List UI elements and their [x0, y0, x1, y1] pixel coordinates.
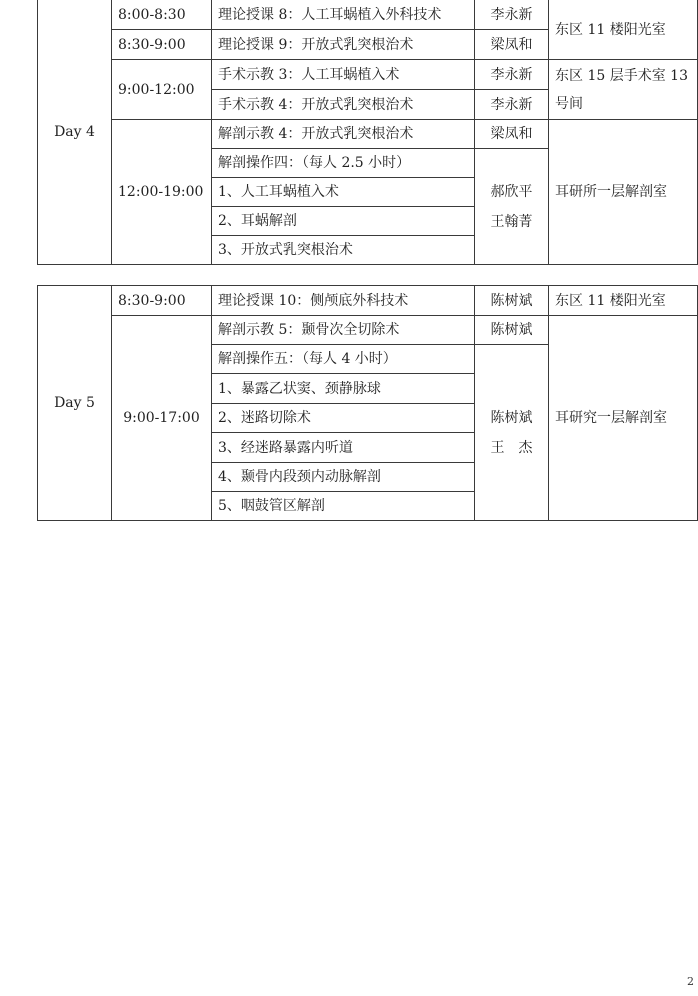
- time-slot: 8:30-9:00: [112, 286, 212, 316]
- session-content: 解剖示教 4：开放式乳突根治术: [212, 120, 475, 149]
- session-content: 2、迷路切除术: [212, 404, 475, 433]
- lecturer: 梁凤和: [475, 30, 549, 60]
- session-content: 3、经迷路暴露内听道: [212, 433, 475, 463]
- location: 耳研所一层解剖室: [549, 120, 698, 265]
- session-content: 1、人工耳蜗植入术: [212, 178, 475, 207]
- lecturer: 李永新: [475, 60, 549, 90]
- location: 东区 11 楼阳光室: [549, 0, 698, 60]
- day4-schedule-table: Day 4 8:00-8:30 理论授课 8：人工耳蜗植入外科技术 李永新 东区…: [37, 0, 698, 265]
- session-content: 解剖操作四：（每人 2.5 小时）: [212, 149, 475, 178]
- page-number: 2: [687, 975, 694, 988]
- session-content: 理论授课 8：人工耳蜗植入外科技术: [212, 0, 475, 30]
- session-content: 1、暴露乙状窦、颈静脉球: [212, 374, 475, 404]
- time-slot: 8:30-9:00: [112, 30, 212, 60]
- group-lecturers: 郝欣平 王翰菁: [475, 149, 549, 265]
- lecturer: 李永新: [475, 90, 549, 120]
- session-content: 5、咽鼓管区解剖: [212, 492, 475, 521]
- session-content: 理论授课 10：侧颅底外科技术: [212, 286, 475, 316]
- lecturer: 李永新: [475, 0, 549, 30]
- day5-schedule-table: Day 5 8:30-9:00 理论授课 10：侧颅底外科技术 陈树斌 东区 1…: [37, 285, 698, 521]
- day-label: Day 4: [38, 0, 112, 265]
- location: 耳研究一层解剖室: [549, 316, 698, 521]
- session-content: 解剖示教 5：颞骨次全切除术: [212, 316, 475, 345]
- session-content: 2、耳蜗解剖: [212, 207, 475, 236]
- lecturer: 郝欣平: [475, 177, 548, 207]
- location: 东区 11 楼阳光室: [549, 286, 698, 316]
- session-content: 手术示教 3：人工耳蜗植入术: [212, 60, 475, 90]
- session-content: 解剖操作五：（每人 4 小时）: [212, 345, 475, 374]
- session-content: 理论授课 9：开放式乳突根治术: [212, 30, 475, 60]
- day-label: Day 5: [38, 286, 112, 521]
- location: 东区 15 层手术室 13 号间: [549, 60, 698, 120]
- group-lecturers: 陈树斌 王 杰: [475, 345, 549, 521]
- lecturer: 梁凤和: [475, 120, 549, 149]
- time-slot: 8:00-8:30: [112, 0, 212, 30]
- session-content: 手术示教 4：开放式乳突根治术: [212, 90, 475, 120]
- time-slot: 9:00-17:00: [112, 316, 212, 521]
- lecturer: 陈树斌: [475, 316, 549, 345]
- location-line: 东区 15 层手术室 13: [555, 62, 697, 90]
- lecturer: 陈树斌: [475, 403, 548, 433]
- session-content: 4、颞骨内段颈内动脉解剖: [212, 463, 475, 492]
- location-line: 号间: [555, 90, 697, 118]
- lecturer: 王翰菁: [475, 207, 548, 237]
- lecturer: 陈树斌: [475, 286, 549, 316]
- lecturer: 王 杰: [475, 433, 548, 463]
- time-slot: 12:00-19:00: [112, 120, 212, 265]
- time-slot: 9:00-12:00: [112, 60, 212, 120]
- session-content: 3、开放式乳突根治术: [212, 236, 475, 265]
